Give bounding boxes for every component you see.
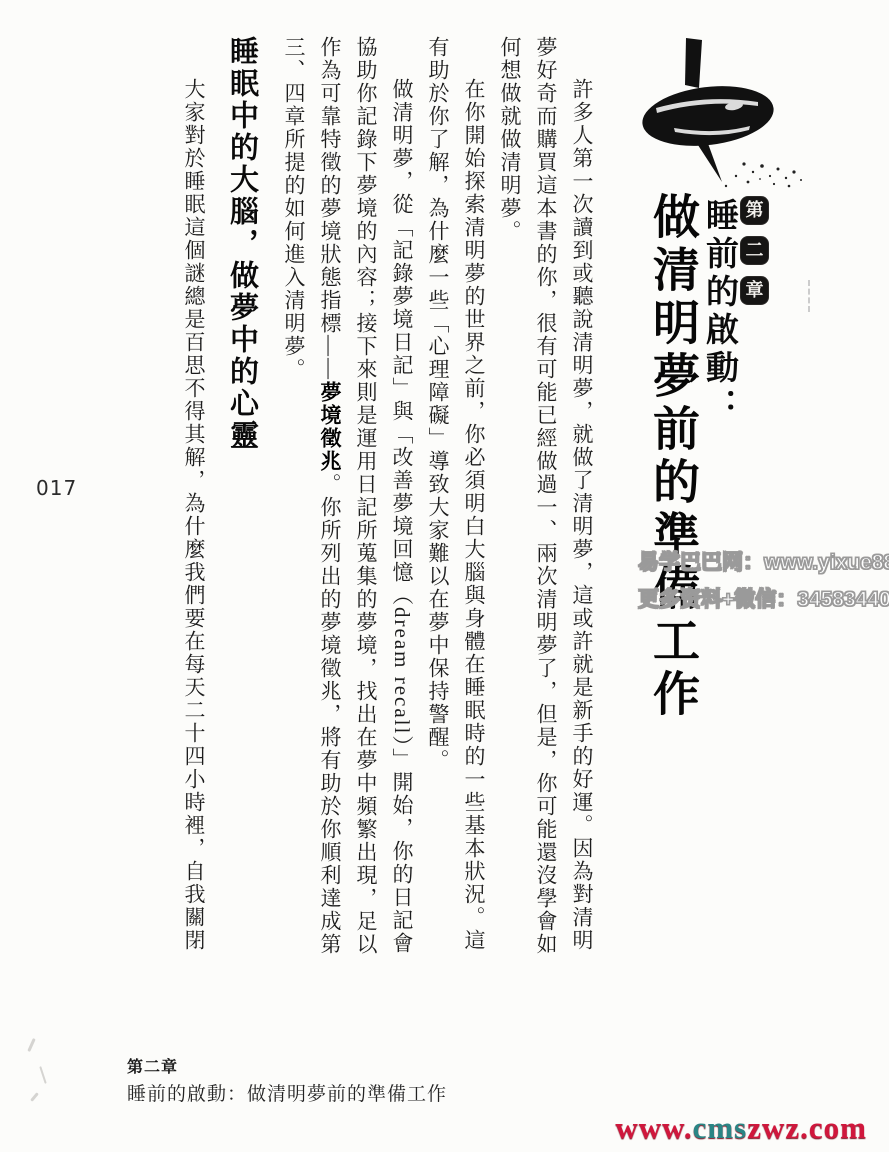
stamp-char-2: 二 <box>741 237 768 264</box>
watermark-line-1: 易学巴巴网：www.yixue88.cn <box>638 544 889 581</box>
footer: 第二章 睡前的啟動：做清明夢前的準備工作 <box>127 1057 447 1107</box>
pencil-mark <box>39 1066 46 1084</box>
chapter-stamp: 第 二 章 <box>741 197 768 304</box>
paragraph-2: 在你開始探索清明夢的世界之前，你必須明白大腦與身體在睡眠時的一些基本狀況。這有助… <box>420 36 492 972</box>
paragraph-1: 許多人第一次讀到或聽說清明夢，就做了清明夢，這或許就是新手的好運。因為對清明夢好… <box>492 36 600 972</box>
book-page: 第 二 章 睡前的啟動： 做清明夢前的準備工作 易学巴巴网：www.yixue8… <box>0 0 889 1152</box>
site-url: www.cmszwz.com <box>615 1110 867 1146</box>
page-number: 017 <box>36 476 77 500</box>
watermark-line-2: 更多资料+微信：3458344044 <box>638 581 889 618</box>
dream-signs-term: 夢境徵兆 <box>318 381 342 473</box>
paragraph-3: 做清明夢，從「記錄夢境日記」與「改善夢境回憶（dream recall）」開始，… <box>276 36 420 972</box>
pencil-mark <box>30 1092 39 1102</box>
footer-chapter-title: 睡前的啟動：做清明夢前的準備工作 <box>127 1082 447 1108</box>
scan-artifact-dash <box>808 280 810 312</box>
footer-chapter: 第二章 <box>127 1057 447 1079</box>
site-url-part-2: cms <box>693 1110 748 1145</box>
watermark: 易学巴巴网：www.yixue88.cn 更多资料+微信：3458344044 <box>638 544 889 618</box>
pencil-mark <box>27 1038 35 1052</box>
chapter-title: 做清明夢前的準備工作 <box>640 192 707 752</box>
paragraph-4: 大家對於睡眠這個謎總是百思不得其解，為什麼我們要在每天二十四小時裡，自我關閉 <box>176 36 212 972</box>
body-text: 許多人第一次讀到或聽說清明夢，就做了清明夢，這或許就是新手的好運。因為對清明夢好… <box>148 36 600 972</box>
site-url-part-1: www. <box>615 1110 692 1145</box>
section-heading: 睡眠中的大腦，做夢中的心靈 <box>222 36 262 972</box>
stamp-char-1: 第 <box>741 197 768 224</box>
site-url-part-3: zwz.com <box>747 1110 867 1145</box>
spinning-top-image <box>626 36 816 191</box>
stamp-char-3: 章 <box>741 277 768 304</box>
